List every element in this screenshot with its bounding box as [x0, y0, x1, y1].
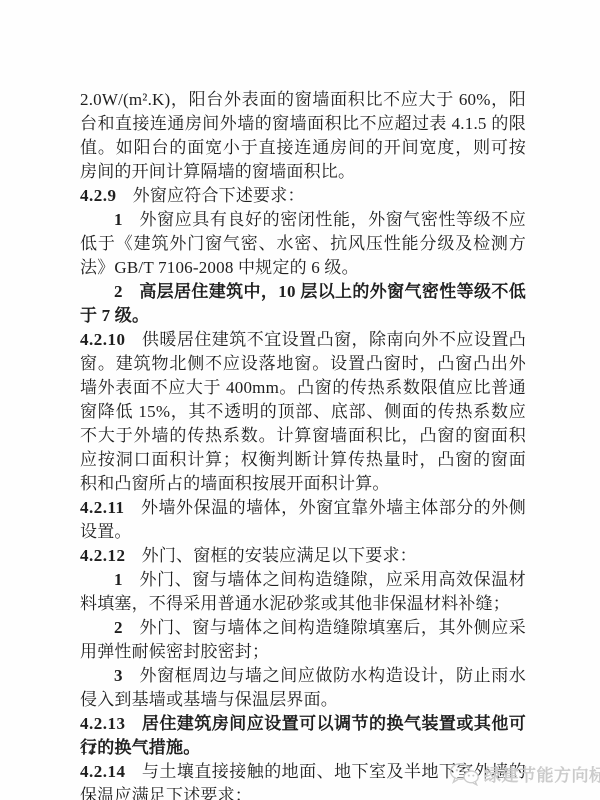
- item-number: 2: [114, 282, 123, 301]
- paragraph-text: 外窗应符合下述要求：: [133, 186, 305, 205]
- paragraph-text: 外门、窗与墙体之间构造缝隙填塞后，其外侧应采用弹性耐候密封胶密封；: [80, 618, 526, 661]
- section-number: 4.2.14: [80, 762, 126, 781]
- item-number: 1: [114, 210, 123, 229]
- wechat-logo-icon: [449, 762, 479, 786]
- paragraph-text: 供暖居住建筑不宜设置凸窗，除南向外不应设置凸窗。建筑物北侧不应设落地窗。设置凸窗…: [80, 330, 526, 493]
- paragraph-text: 外窗框周边与墙之间应做防水构造设计，防止雨水侵入到基墙或基墙与保温层界面。: [80, 666, 526, 709]
- paragraph-text: 外窗应具有良好的密闭性能，外窗气密性等级不应低于《建筑外门窗气密、水密、抗风压性…: [80, 210, 526, 277]
- paragraph-4-2-10: 4.2.10供暖居住建筑不宜设置凸窗，除南向外不应设置凸窗。建筑物北侧不应设落地…: [80, 328, 526, 496]
- paragraph-text: 外门、窗与墙体之间构造缝隙，应采用高效保温材料填塞，不得采用普通水泥砂浆或其他非…: [80, 570, 526, 613]
- item-number: 2: [114, 618, 123, 637]
- item-number: 3: [114, 666, 123, 685]
- list-item-2: 2外门、窗与墙体之间构造缝隙填塞后，其外侧应采用弹性耐候密封胶密封；: [80, 616, 526, 664]
- paragraph-text: 2.0W/(m².K)，阳台外表面的窗墙面积比不应大于 60%，阳台和直接连通房…: [80, 90, 526, 181]
- section-number: 4.2.10: [80, 330, 126, 349]
- section-number: 4.2.9: [80, 186, 117, 205]
- watermark-text: 绿建节能方向标: [484, 761, 600, 786]
- paragraph-text: 外墙外保温的墙体，外窗宜靠外墙主体部分的外侧设置。: [80, 498, 526, 541]
- paragraph-4-2-11: 4.2.11外墙外保温的墙体，外窗宜靠外墙主体部分的外侧设置。: [80, 496, 526, 544]
- paragraph-4-2-13-bold: 4.2.13居住建筑房间应设置可以调节的换气装置或其他可行的换气措施。: [80, 712, 526, 760]
- document-content: 2.0W/(m².K)，阳台外表面的窗墙面积比不应大于 60%，阳台和直接连通房…: [80, 88, 526, 800]
- paragraph-text: 外门、窗框的安装应满足以下要求：: [142, 546, 417, 565]
- watermark: 绿建节能方向标: [449, 761, 600, 786]
- page-number: 12: [80, 741, 97, 758]
- list-item-3: 3外窗框周边与墙之间应做防水构造设计，防止雨水侵入到基墙或基墙与保温层界面。: [80, 664, 526, 712]
- paragraph-continuation: 2.0W/(m².K)，阳台外表面的窗墙面积比不应大于 60%，阳台和直接连通房…: [80, 88, 526, 184]
- section-number: 4.2.11: [80, 498, 125, 517]
- paragraph-text: 居住建筑房间应设置可以调节的换气装置或其他可行的换气措施。: [80, 714, 526, 757]
- item-number: 1: [114, 570, 123, 589]
- list-item-1: 1外窗应具有良好的密闭性能，外窗气密性等级不应低于《建筑外门窗气密、水密、抗风压…: [80, 208, 526, 280]
- document-page: 2.0W/(m².K)，阳台外表面的窗墙面积比不应大于 60%，阳台和直接连通房…: [0, 0, 600, 800]
- paragraph-4-2-12: 4.2.12外门、窗框的安装应满足以下要求：: [80, 544, 526, 568]
- list-item-2-bold: 2高层居住建筑中，10 层以上的外窗气密性等级不低于 7 级。: [80, 280, 526, 328]
- paragraph-4-2-9: 4.2.9外窗应符合下述要求：: [80, 184, 526, 208]
- paragraph-text: 高层居住建筑中，10 层以上的外窗气密性等级不低于 7 级。: [80, 282, 526, 325]
- section-number: 4.2.13: [80, 714, 126, 733]
- list-item-1: 1外门、窗与墙体之间构造缝隙，应采用高效保温材料填塞，不得采用普通水泥砂浆或其他…: [80, 568, 526, 616]
- section-number: 4.2.12: [80, 546, 126, 565]
